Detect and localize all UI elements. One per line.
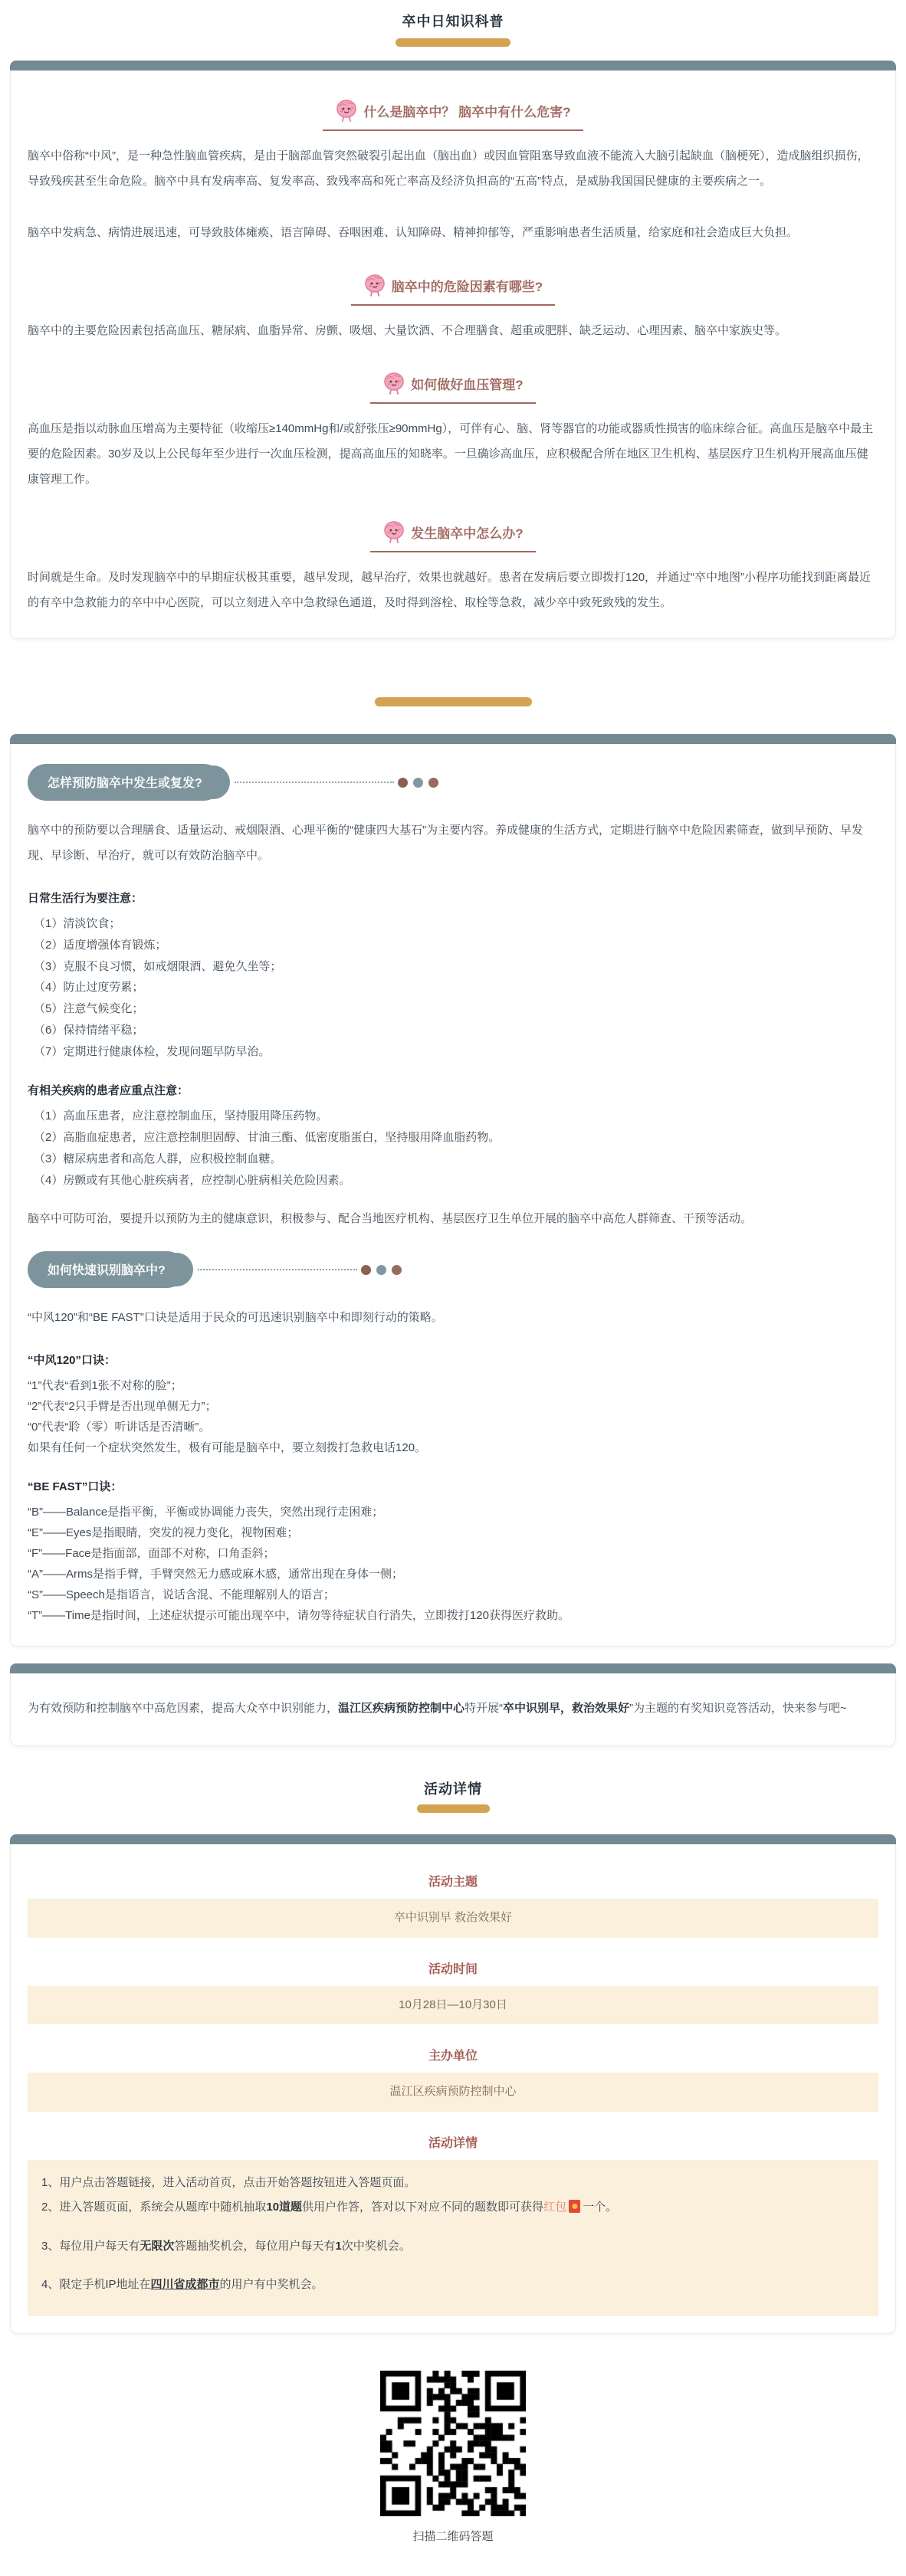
- section-heading: 什么是脑卒中？ 脑卒中有什么危害?: [323, 98, 583, 131]
- rule-text: 次中奖机会。: [342, 2240, 411, 2253]
- be-fast-title: “BE FAST”口诀：: [28, 1478, 878, 1494]
- campaign-intro-text: ”为主题的有奖知识竞答活动，快来参与吧~: [629, 1702, 847, 1715]
- be-fast-item: “T”——Time是指时间，上述症状提示可能出现卒中，请勿等待症状自行消失，立即…: [28, 1605, 878, 1626]
- brain-icon: [382, 371, 405, 395]
- section-heading-label: 脑卒中的危险因素有哪些?: [392, 276, 543, 295]
- dot: [392, 1265, 402, 1275]
- campaign-intro-text: 特开展“: [464, 1702, 503, 1715]
- rule-bold-text: 1: [335, 2240, 341, 2253]
- disease-item: （1）高血压患者，应注意控制血压，坚持服用降压药物。: [28, 1106, 878, 1127]
- card-accent-bar: [10, 61, 896, 70]
- campaign-theme-name: 卒中识别早，救治效果好: [503, 1702, 629, 1715]
- activity-section-title: 活动详情: [0, 1778, 906, 1798]
- rule-bold-text: 无限次: [140, 2240, 174, 2253]
- prevention-pill-header: 怎样预防脑卒中发生或复发?: [28, 764, 878, 801]
- stroke-120-item: “1”代表“看到1张不对称的脸”；: [28, 1375, 878, 1396]
- section-paragraph: 脑卒中的主要危险因素包括高血压、糖尿病、血脂异常、房颤、吸烟、大量饮酒、不合理膳…: [28, 318, 878, 343]
- section-what-to-do: 发生脑卒中怎么办? 时间就是生命。及时发现脑卒中的早期症状极其重要，越早发现，越…: [28, 519, 878, 615]
- stroke-120-note: 如果有任何一个症状突然发生，极有可能是脑卒中，要立刻拨打急救电话120。: [28, 1437, 878, 1458]
- pill-label: 如何快速识别脑卒中?: [28, 1251, 185, 1288]
- section-risk-factors: 脑卒中的危险因素有哪些? 脑卒中的主要危险因素包括高血压、糖尿病、血脂异常、房颤…: [28, 273, 878, 343]
- article-page: 卒中日知识科普 什么是脑卒中？ 脑卒中有什么危害?: [0, 0, 906, 2576]
- be-fast-item: “S”——Speech是指语言，说话含混、不能理解别人的语言；: [28, 1585, 878, 1605]
- campaign-intro: 为有效预防和控制脑卒中高危因素，提高大众卒中识别能力，温江区疾病预防控制中心特开…: [28, 1697, 878, 1720]
- dotted-connector: [198, 1269, 357, 1270]
- qr-caption: 扫描二维码答题: [0, 2528, 906, 2544]
- rule-text: 2、进入答题页面，系统会从题库中随机抽取: [41, 2201, 266, 2214]
- brain-icon: [363, 273, 386, 297]
- rule-text: 的用户有中奖机会。: [220, 2278, 323, 2291]
- dot: [398, 778, 408, 788]
- be-fast-item: “B”——Balance是指平衡，平衡或协调能力丧失，突然出现行走困难；: [28, 1502, 878, 1522]
- activity-rule-2: 2、进入答题页面，系统会从题库中随机抽取10道题供用户作答，答对以下对应不同的题…: [41, 2197, 865, 2219]
- section-paragraph: 高血压是指以动脉血压增高为主要特征（收缩压≥140mmHg和/或舒张压≥90mm…: [28, 416, 878, 492]
- section-heading: 脑卒中的危险因素有哪些?: [351, 273, 555, 306]
- be-fast-item: “F”——Face是指面部，面部不对称，口角歪斜；: [28, 1543, 878, 1564]
- dot: [376, 1265, 386, 1275]
- qr-code: [380, 2371, 526, 2516]
- brain-icon: [335, 98, 358, 123]
- card-accent-bar: [10, 1663, 896, 1673]
- rule-text: 一个。: [583, 2201, 617, 2214]
- daily-item: （6）保持情绪平稳；: [28, 1020, 878, 1041]
- dots-decoration: [398, 778, 438, 788]
- dotted-connector: [235, 782, 394, 783]
- title-underline-bar: [396, 38, 510, 47]
- daily-item: （2）适度增强体育锻炼；: [28, 935, 878, 956]
- daily-item: （5）注意气候变化；: [28, 998, 878, 1020]
- page-title: 卒中日知识科普: [0, 0, 906, 31]
- activity-organizer-heading: 主办单位: [28, 2046, 878, 2063]
- be-fast-item: “E”——Eyes是指眼睛，突发的视力变化，视物困难；: [28, 1522, 878, 1543]
- card-accent-bar: [10, 734, 896, 744]
- activity-rule-4: 4、限定手机IP地址在四川省成都市的用户有中奖机会。: [41, 2274, 865, 2296]
- be-fast-item: “A”——Arms是指手臂，手臂突然无力感或麻木感，通常出现在身体一侧；: [28, 1564, 878, 1585]
- activity-rules-box: 1、用户点击答题链接，进入活动首页，点击开始答题按钮进入答题页面。 2、进入答题…: [28, 2160, 878, 2316]
- stroke-120-item: “2”代表“2只手臂是否出现单侧无力”；: [28, 1396, 878, 1417]
- prevention-card: 怎样预防脑卒中发生或复发? 脑卒中的预防要以合理膳食、适量运动、戒烟限酒、心理平…: [10, 734, 896, 1647]
- knowledge-card: 什么是脑卒中？ 脑卒中有什么危害? 脑卒中俗称“中风”，是一种急性脑血管疾病，是…: [10, 61, 896, 639]
- activity-card: 活动主题 卒中识别早 救治效果好 活动时间 10月28日—10月30日 主办单位…: [10, 1834, 896, 2334]
- section-heading-label: 发生脑卒中怎么办?: [411, 523, 523, 542]
- section-heading-label: 什么是脑卒中？ 脑卒中有什么危害?: [363, 101, 570, 120]
- pill-label: 怎样预防脑卒中发生或复发?: [28, 764, 222, 801]
- rule-text: 4、限定手机IP地址在: [41, 2278, 151, 2291]
- card-accent-bar: [10, 1834, 896, 1844]
- disease-item: （3）糖尿病患者和高危人群，应积极控制血糖。: [28, 1149, 878, 1170]
- section-paragraph: 时间就是生命。及时发现脑卒中的早期症状极其重要，越早发现，越早治疗，效果也就越好…: [28, 565, 878, 615]
- stroke-120-title: “中风120”口诀：: [28, 1352, 878, 1368]
- activity-title-underline-bar: [417, 1804, 490, 1813]
- identify-intro: “中风120”和“BE FAST”口诀是适用于民众的可迅速识别脑卒中和即刻行动的…: [28, 1305, 878, 1330]
- section-paragraph: 脑卒中俗称“中风”，是一种急性脑血管疾病，是由于脑部血管突然破裂引起出血（脑出血…: [28, 143, 878, 194]
- dots-decoration: [361, 1265, 402, 1275]
- section-what-is-stroke: 什么是脑卒中？ 脑卒中有什么危害? 脑卒中俗称“中风”，是一种急性脑血管疾病，是…: [28, 98, 878, 245]
- activity-time-heading: 活动时间: [28, 1959, 878, 1977]
- rule-bold-text: 10道题: [266, 2201, 302, 2214]
- activity-organizer-box: 温江区疾病预防控制中心: [28, 2073, 878, 2112]
- activity-time-box: 10月28日—10月30日: [28, 1986, 878, 2025]
- activity-rule-1: 1、用户点击答题链接，进入活动首页，点击开始答题按钮进入答题页面。: [41, 2172, 865, 2194]
- section-heading: 如何做好血压管理?: [370, 371, 535, 404]
- daily-item: （4）防止过度劳累；: [28, 977, 878, 998]
- disease-item: （2）高脂血症患者，应注意控制胆固醇、甘油三酯、低密度脂蛋白，坚持服用降血脂药物…: [28, 1127, 878, 1149]
- organizer-name: 温江区疾病预防控制中心: [338, 1702, 464, 1715]
- activity-theme-heading: 活动主题: [28, 1872, 878, 1889]
- section-heading-label: 如何做好血压管理?: [411, 374, 523, 393]
- activity-detail-heading: 活动详情: [28, 2133, 878, 2151]
- section-heading: 发生脑卒中怎么办?: [370, 519, 535, 552]
- stroke-120-item: “0”代表“聆（零）听讲话是否清晰”。: [28, 1417, 878, 1437]
- section-paragraph: 脑卒中发病急、病情进展迅速，可导致肢体瘫痪、语言障碍、吞咽困难、认知障碍、精神抑…: [28, 220, 878, 245]
- campaign-intro-text: 为有效预防和控制脑卒中高危因素，提高大众卒中识别能力，: [28, 1702, 338, 1715]
- red-packet-text: 红包: [543, 2201, 566, 2214]
- dot: [413, 778, 423, 788]
- prevention-intro: 脑卒中的预防要以合理膳食、适量运动、戒烟限酒、心理平衡的“健康四大基石”为主要内…: [28, 818, 878, 868]
- disease-item: （4）房颤或有其他心脏疾病者，应控制心脏病相关危险因素。: [28, 1170, 878, 1191]
- section-divider-bar: [375, 697, 532, 706]
- campaign-card: 为有效预防和控制脑卒中高危因素，提高大众卒中识别能力，温江区疾病预防控制中心特开…: [10, 1663, 896, 1746]
- prevention-closing: 脑卒中可防可治，要提升以预防为主的健康意识，积极参与、配合当地医疗机构、基层医疗…: [28, 1206, 878, 1231]
- identify-pill-header: 如何快速识别脑卒中?: [28, 1251, 878, 1288]
- disease-patients-title: 有相关疾病的患者应重点注意：: [28, 1082, 878, 1098]
- section-blood-pressure: 如何做好血压管理? 高血压是指以动脉血压增高为主要特征（收缩压≥140mmHg和…: [28, 371, 878, 492]
- daily-item: （1）清淡饮食；: [28, 913, 878, 935]
- daily-item: （7）定期进行健康体检，发现问题早防早治。: [28, 1041, 878, 1063]
- daily-habits-title: 日常生活行为要注意：: [28, 890, 878, 906]
- dot: [361, 1265, 371, 1275]
- activity-theme-box: 卒中识别早 救治效果好: [28, 1899, 878, 1938]
- dot: [428, 778, 438, 788]
- activity-rule-3: 3、每位用户每天有无限次答题抽奖机会，每位用户每天有1次中奖机会。: [41, 2236, 865, 2258]
- red-envelope-icon: [569, 2200, 580, 2213]
- rule-text: 供用户作答，答对以下对应不同的题数即可获得: [302, 2201, 543, 2214]
- daily-item: （3）克服不良习惯，如戒烟限酒、避免久坐等；: [28, 956, 878, 978]
- region-restriction-text: 四川省成都市: [151, 2278, 220, 2291]
- qr-section: 扫描二维码答题: [0, 2371, 906, 2576]
- brain-icon: [382, 519, 405, 544]
- rule-text: 3、每位用户每天有: [41, 2240, 140, 2253]
- rule-text: 答题抽奖机会，每位用户每天有: [174, 2240, 335, 2253]
